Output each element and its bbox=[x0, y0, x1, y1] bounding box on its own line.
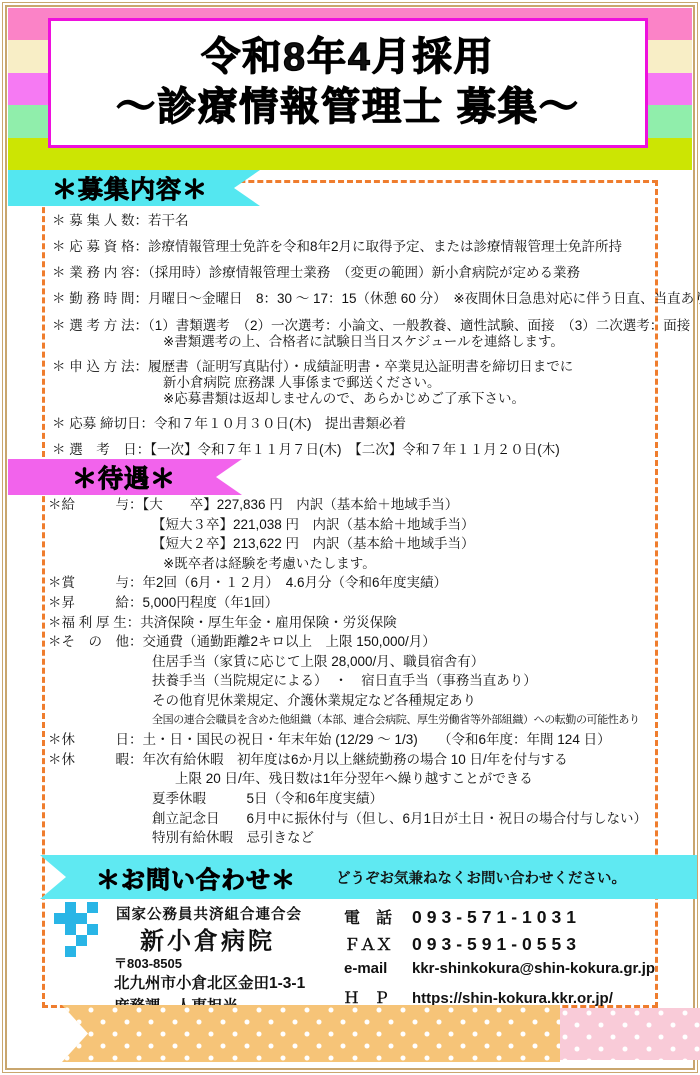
contact-ribbon-note: どうぞお気兼ねなくお問い合わせください。 bbox=[336, 867, 626, 888]
recruit-line: ＊ 選 考 日：【一次】令和７年１１月７日(木) 【二次】令和７年１１月２０日(… bbox=[52, 442, 652, 457]
recruit-line: ＊ 勤 務 時 間：月曜日～金曜日 8：30 ～ 17：15（休憩 60 分） … bbox=[52, 291, 652, 306]
phone-row: 電 話 093-571-1031 bbox=[344, 905, 581, 928]
homepage-row: Ｈ Ｐ https://shin-kokura.kkr.or.jp/ bbox=[344, 987, 613, 1008]
logo-square bbox=[54, 913, 65, 924]
benefits-line: ※既卒者は経験を考慮いたします。 bbox=[48, 556, 654, 571]
email-row: e-mail kkr-shinkokura@shin-kokura.gr.jp bbox=[344, 960, 655, 977]
benefits-section-body: ＊給 与：【大 卒】227,836 円 内訳（基本給＋地域手当） 【短大３卒】2… bbox=[48, 497, 654, 850]
logo-square bbox=[65, 924, 76, 935]
benefits-line: 夏季休暇 5日（令和6年度実績） bbox=[48, 791, 654, 806]
street-address: 北九州市小倉北区金田1-3-1 bbox=[114, 971, 305, 993]
logo-square bbox=[76, 913, 87, 924]
benefits-line: その他育児休業規定、介護休業規定など各種規定あり bbox=[48, 693, 654, 708]
recruit-line: ＊ 業 務 内 容：（採用時）診療情報管理士業務 （変更の範囲）新小倉病院が定め… bbox=[52, 265, 652, 280]
logo-square bbox=[65, 913, 76, 924]
recruit-ribbon-label: ＊募集内容＊ bbox=[52, 170, 208, 206]
benefits-line: 上限 20 日/年、残日数は1年分翌年へ繰り越すことができる bbox=[48, 771, 654, 786]
benefits-line: ＊給 与：【大 卒】227,836 円 内訳（基本給＋地域手当） bbox=[48, 497, 654, 512]
homepage-url: https://shin-kokura.kkr.or.jp/ bbox=[412, 990, 613, 1007]
recruit-line: ＊ 応 募 資 格：診療情報管理士免許を令和8年2月に取得予定、または診療情報管… bbox=[52, 239, 652, 254]
recruit-section-body: ＊ 募 集 人 数：若干名 ＊ 応 募 資 格：診療情報管理士免許を令和8年2月… bbox=[52, 213, 652, 468]
recruit-line: ＊ 応募 締切日：令和７年１０月３０日(木) 提出書類必着 bbox=[52, 416, 652, 431]
recruit-section-ribbon: ＊募集内容＊ bbox=[8, 170, 260, 206]
benefits-line: 創立記念日 6月中に振休付与（但し、6月1日が土日・祝日の場合付与しない） bbox=[48, 811, 654, 826]
benefits-line: 全国の連合会職員を含めた他組織（本部、連合会病院、厚生労働省等外部組織）への転勤… bbox=[48, 713, 654, 728]
email-address: kkr-shinkokura@shin-kokura.gr.jp bbox=[412, 960, 655, 977]
email-label: e-mail bbox=[344, 960, 412, 977]
recruit-line: ＊ 選 考 方 法：（1）書類選考 （2）一次選考：小論文、一般教養、適性試験、… bbox=[52, 318, 652, 333]
bottom-ribbon-pink bbox=[560, 1008, 700, 1060]
benefits-line: 住居手当（家賃に応じて上限 28,000/月、職員宿舎有） bbox=[48, 654, 654, 669]
benefits-section-ribbon: ＊待遇＊ bbox=[8, 459, 242, 495]
benefits-line: ＊賞 与：年2回（6月・１２月） 4.6月分（令和6年度実績） bbox=[48, 575, 654, 590]
benefits-line: ＊休 暇：年次有給休暇 初年度は6か月以上継続勤務の場合 10 日/年を付与する bbox=[48, 752, 654, 767]
benefits-line: 【短大３卒】221,038 円 内訳（基本給＋地域手当） bbox=[48, 517, 654, 532]
benefits-line: ＊昇 給：5,000円程度（年1回） bbox=[48, 595, 654, 610]
contact-section-ribbon: ＊お問い合わせ＊ どうぞお気兼ねなくお問い合わせください。 bbox=[40, 855, 697, 899]
recruit-line: ※応募書類は返却しませんので、あらかじめご了承下さい。 bbox=[52, 391, 652, 406]
benefits-line: ＊休 日：土・日・国民の祝日・年末年始 (12/29 ～ 1/3) （令和6年度… bbox=[48, 732, 654, 747]
recruit-line: 新小倉病院 庶務課 人事係まで郵送ください。 bbox=[52, 375, 652, 390]
title-line-2: ～診療情報管理士 募集～ bbox=[116, 87, 580, 130]
recruit-line: ※書類選考の上、合格者に試験日当日スケジュールを連絡します。 bbox=[52, 334, 652, 349]
logo-square bbox=[87, 902, 98, 913]
recruit-line: ＊ 募 集 人 数：若干名 bbox=[52, 213, 652, 228]
homepage-label: Ｈ Ｐ bbox=[344, 987, 412, 1008]
phone-number: 093-571-1031 bbox=[412, 907, 581, 928]
benefits-ribbon-label: ＊待遇＊ bbox=[72, 459, 176, 495]
fax-number: 093-591-0553 bbox=[412, 934, 581, 955]
contact-block: 国家公務員共済組合連合会 新小倉病院 〒803-8505 北九州市小倉北区金田1… bbox=[52, 900, 658, 1010]
phone-label: 電 話 bbox=[344, 905, 412, 928]
logo-square bbox=[65, 902, 76, 913]
benefits-line: ＊福 利 厚 生：共済保険・厚生年金・雇用保険・労災保険 bbox=[48, 615, 654, 630]
hospital-name: 新小倉病院 bbox=[140, 921, 275, 956]
contact-ribbon-label: ＊お問い合わせ＊ bbox=[96, 860, 296, 895]
recruit-line: ＊ 申 込 方 法：履歴書（証明写真貼付）・成績証明書・卒業見込証明書を締切日ま… bbox=[52, 359, 652, 374]
hospital-logo-icon bbox=[54, 902, 98, 957]
logo-square bbox=[65, 946, 76, 957]
logo-square bbox=[87, 924, 98, 935]
fax-label: ＦＡＸ bbox=[344, 932, 412, 955]
fax-row: ＦＡＸ 093-591-0553 bbox=[344, 932, 581, 955]
benefits-line: 特別有給休暇 忌引きなど bbox=[48, 830, 654, 845]
recruitment-poster: 令和8年4月採用 ～診療情報管理士 募集～ ＊募集内容＊ ＊ 募 集 人 数：若… bbox=[0, 0, 700, 1075]
bottom-ribbon-orange bbox=[62, 1005, 560, 1062]
benefits-line: 扶養手当（当院規定による） ・ 宿日直手当（事務当直あり） bbox=[48, 673, 654, 688]
postal-code: 〒803-8505 bbox=[114, 953, 182, 972]
title-box: 令和8年4月採用 ～診療情報管理士 募集～ bbox=[48, 18, 648, 148]
title-line-1: 令和8年4月採用 bbox=[201, 37, 494, 80]
benefits-line: 【短大２卒】213,622 円 内訳（基本給＋地域手当） bbox=[48, 536, 654, 551]
logo-square bbox=[76, 935, 87, 946]
benefits-line: ＊そ の 他：交通費（通勤距離2キロ以上 上限 150,000/月） bbox=[48, 634, 654, 649]
